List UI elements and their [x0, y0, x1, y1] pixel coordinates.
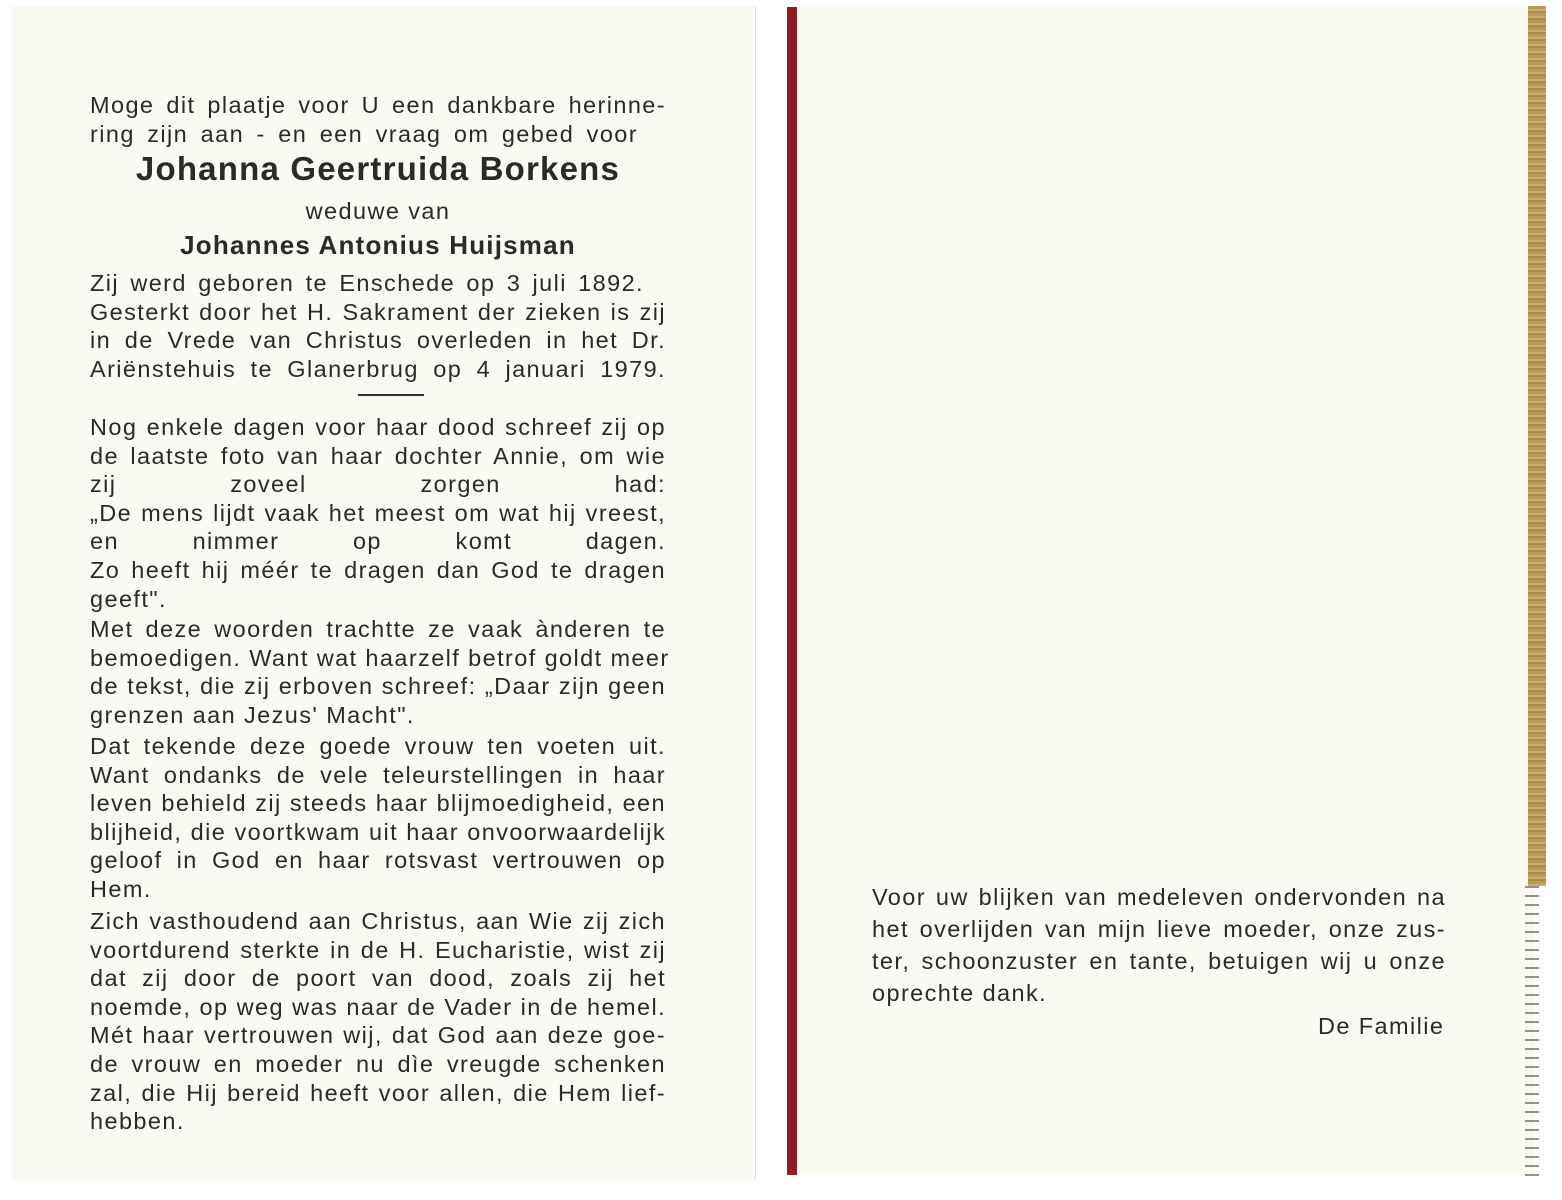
- section-divider: [358, 394, 424, 396]
- paragraph-line: en nimmer op komt dagen.: [90, 527, 666, 555]
- paragraph-line: grenzen aan Jezus' Macht".: [90, 701, 415, 729]
- paragraph-line: noemde, op weg was naar de Vader in de h…: [90, 993, 666, 1021]
- paragraph-line: voortdurend sterkte in de H. Eucharistie…: [90, 936, 666, 964]
- relation-label: weduwe van: [90, 197, 666, 225]
- paragraph-line: blijheid, die voortkwam uit haar onvoorw…: [90, 818, 666, 846]
- paragraph-line: geeft".: [90, 585, 167, 613]
- paragraph-line: Dat tekende deze goede vrouw ten voeten …: [90, 732, 666, 760]
- paragraph-line: bemoedigen. Want wat haarzelf betrof gol…: [90, 644, 666, 672]
- biography-line: Gesterkt door het H. Sakrament der zieke…: [90, 298, 666, 326]
- intro-line: ring zijn aan - en een vraag om gebed vo…: [90, 120, 638, 148]
- paragraph-line: Nog enkele dagen voor haar dood schreef …: [90, 413, 666, 441]
- thanks-line: ter, schoonzuster en tante, betuigen wij…: [872, 947, 1446, 975]
- biography-line: Ariënstehuis te Glanerbrug op 4 januari …: [90, 355, 666, 383]
- paragraph-line: Hem.: [90, 875, 152, 903]
- paragraph-line: Mét haar vertrouwen wij, dat God aan dez…: [90, 1021, 666, 1049]
- paragraph-line: Zich vasthoudend aan Christus, aan Wie z…: [90, 907, 666, 935]
- thanks-line: Voor uw blijken van medeleven ondervonde…: [872, 883, 1446, 911]
- spouse-name: Johannes Antonius Huijsman: [90, 231, 666, 259]
- biography-line: in de Vrede van Christus overleden in he…: [90, 326, 666, 354]
- paragraph-line: geloof in God en haar rotsvast vertrouwe…: [90, 846, 666, 874]
- intro-line: Moge dit plaatje voor U een dankbare her…: [90, 91, 666, 119]
- gold-edge-decoration: [1528, 6, 1546, 886]
- paragraph-line: Met deze woorden trachtte ze vaak àndere…: [90, 615, 666, 643]
- paragraph-line: zij zoveel zorgen had:: [90, 470, 666, 498]
- paragraph-line: de laatste foto van haar dochter Annie, …: [90, 442, 666, 470]
- paragraph-line: zal, die Hij bereid heeft voor allen, di…: [90, 1079, 666, 1107]
- edge-decoration-lower: [1525, 886, 1539, 1176]
- paragraph-line: Zo heeft hij méér te dragen dan God te d…: [90, 556, 666, 584]
- biography-line: Zij werd geboren te Enschede op 3 juli 1…: [90, 269, 644, 297]
- paragraph-line: leven behield zij steeds haar blijmoedig…: [90, 789, 666, 817]
- paragraph-line: Want ondanks de vele teleurstellingen in…: [90, 761, 666, 789]
- thanks-line: oprechte dank.: [872, 979, 1047, 1007]
- paragraph-line: „De mens lijdt vaak het meest om wat hij…: [90, 499, 666, 527]
- red-border-strip: [787, 7, 797, 1175]
- thanks-line: het overlijden van mijn lieve moeder, on…: [872, 915, 1446, 943]
- paragraph-line: hebben.: [90, 1107, 185, 1135]
- signature: De Familie: [1318, 1012, 1444, 1040]
- paragraph-line: de tekst, die zij erboven schreef: „Daar…: [90, 672, 666, 700]
- paragraph-line: de vrouw en moeder nu dìe vreugde schenk…: [90, 1050, 666, 1078]
- deceased-name: Johanna Geertruida Borkens: [90, 155, 666, 183]
- paragraph-line: dat zij door de poort van dood, zoals zi…: [90, 964, 666, 992]
